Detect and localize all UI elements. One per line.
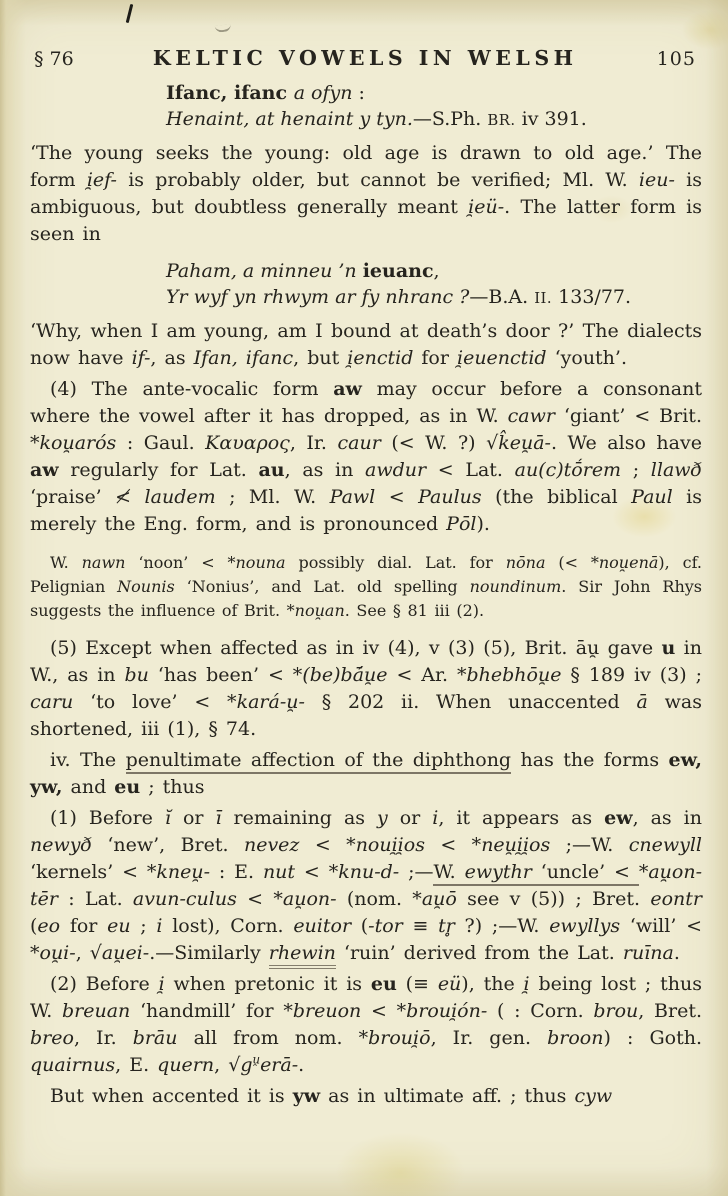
verse-quote-2: Paham, a minneu ’n ieuanc, Yr wyf yn rhw… xyxy=(166,258,702,312)
paragraph-translation-1: ‘The young seeks the young: old age is d… xyxy=(30,140,702,248)
verse-quote-1: Ifanc, ifanc a ofyn : Henaint, at henain… xyxy=(166,80,702,134)
running-head: § 76 KELTIC VOWELS IN WELSH 105 xyxy=(30,46,702,70)
paragraph-final-line: But when accented it is yw as in ultimat… xyxy=(30,1083,702,1110)
page-content: § 76 KELTIC VOWELS IN WELSH 105 Ifanc, i… xyxy=(0,0,728,1110)
verse-line: Yr wyf yn rhwym ar fy nhranc ?—B.A. II. … xyxy=(166,284,702,312)
verse-line: Henaint, at henaint y tyn.—S.Ph. BR. iv … xyxy=(166,106,702,134)
scanned-book-page: § 76 KELTIC VOWELS IN WELSH 105 Ifanc, i… xyxy=(0,0,728,1196)
paragraph-section-iv-2: (2) Before i̯ when pretonic it is eu (≡ … xyxy=(30,971,702,1079)
paragraph-section-iv-1: (1) Before ĭ or ī remaining as y or i, i… xyxy=(30,805,702,967)
page-number: 105 xyxy=(657,48,696,70)
paragraph-section-4: (4) The ante-vocalic form aw may occur b… xyxy=(30,376,702,538)
page-title: KELTIC VOWELS IN WELSH xyxy=(153,46,578,70)
section-number: § 76 xyxy=(34,48,74,70)
paragraph-section-5: (5) Except when affected as in iv (4), v… xyxy=(30,635,702,743)
paragraph-small-note: W. nawn ‘noon’ < *nouna possibly dial. L… xyxy=(30,551,702,623)
verse-line: Ifanc, ifanc a ofyn : xyxy=(166,80,702,106)
paragraph-section-iv: iv. The penultimate affection of the dip… xyxy=(30,747,702,801)
paragraph-translation-2: ‘Why, when I am young, am I bound at dea… xyxy=(30,318,702,372)
verse-line: Paham, a minneu ’n ieuanc, xyxy=(166,258,702,284)
